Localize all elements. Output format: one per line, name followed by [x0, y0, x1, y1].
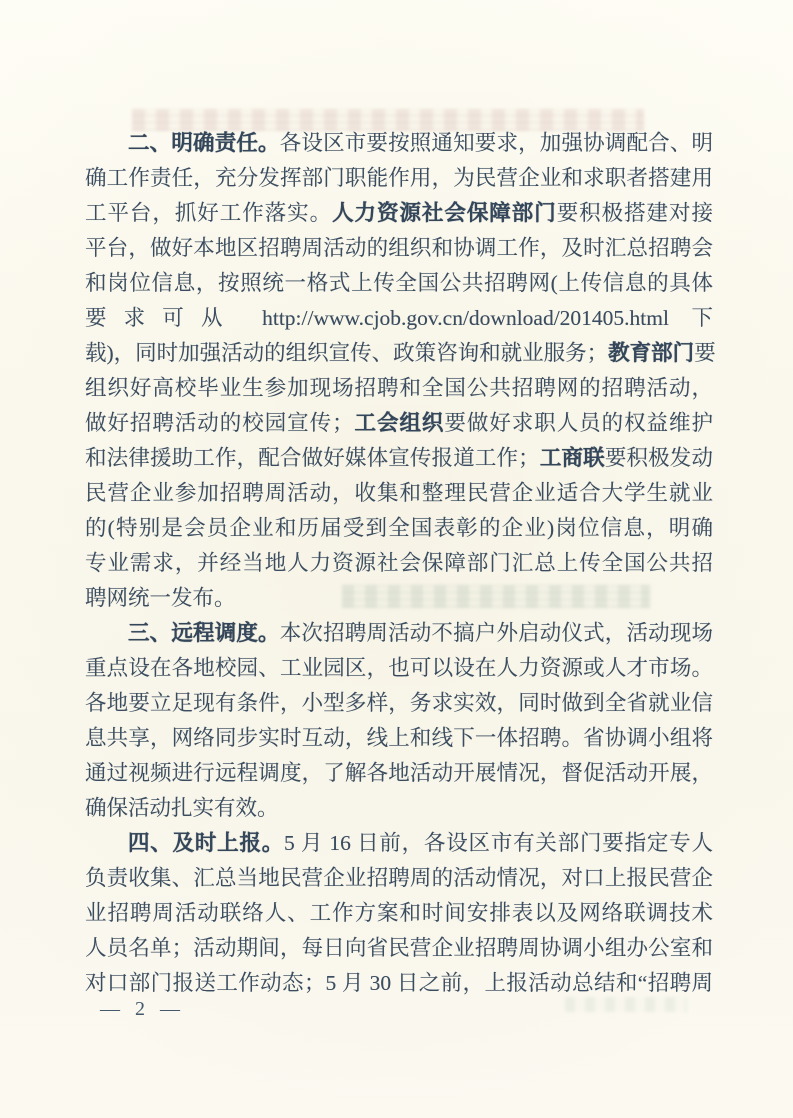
text-line: 人员名单；活动期间，每日向省民营企业招聘周协调小组办公室和: [85, 931, 713, 966]
text-run: 息共享，网络同步实时互动，线上和线下一体招聘。省协调小组将: [85, 726, 713, 750]
text-run: 通过视频进行远程调度，了解各地活动开展情况，督促活动开展，: [85, 761, 713, 785]
text-run: 和岗位信息，按照统一格式上传全国公共招聘网(上传信息的具体: [85, 271, 713, 295]
text-line: 工平台，抓好工作落实。人力资源社会保障部门要积极搭建对接: [85, 196, 713, 231]
text-line: 二、明确责任。各设区市要按照通知要求，加强协调配合、明: [85, 126, 713, 161]
text-line: 和法律援助工作，配合做好媒体宣传报道工作；工商联要积极发动: [85, 441, 713, 476]
bold-text-run: 三、远程调度。: [128, 621, 280, 645]
text-block: 二、明确责任。各设区市要按照通知要求，加强协调配合、明确工作责任，充分发挥部门职…: [85, 126, 713, 1001]
text-line: 专业需求，并经当地人力资源社会保障部门汇总上传全国公共招: [85, 546, 713, 581]
page-number: — 2 —: [100, 998, 185, 1021]
bold-text-run: 二、明确责任。: [128, 131, 280, 155]
text-run: 和法律援助工作，配合做好媒体宣传报道工作；: [85, 446, 540, 470]
scanned-document-page: 二、明确责任。各设区市要按照通知要求，加强协调配合、明确工作责任，充分发挥部门职…: [0, 0, 793, 1118]
text-run: 组织好高校毕业生参加现场招聘和全国公共招聘网的招聘活动，: [85, 376, 713, 400]
text-run: 各地要立足现有条件，小型多样，务求实效，同时做到全省就业信: [85, 691, 713, 715]
bold-text-run: 教育部门: [608, 341, 694, 365]
text-line: 业招聘周活动联络人、工作方案和时间安排表以及网络联调技术: [85, 896, 713, 931]
text-run: 要求可从 http://www.cjob.gov.cn/download/201…: [85, 306, 713, 330]
text-run: 要积极发动: [605, 446, 713, 470]
text-line: 重点设在各地校园、工业园区，也可以设在人力资源或人才市场。: [85, 651, 713, 686]
text-run: 各设区市要按照通知要求，加强协调配合、明: [280, 131, 713, 155]
text-run: 确工作责任，充分发挥部门职能作用，为民营企业和求职者搭建用: [85, 166, 713, 190]
text-run: 要: [694, 341, 716, 365]
text-run: 要积极搭建对接: [557, 201, 713, 225]
bold-text-run: 四、及时上报。: [128, 831, 284, 855]
text-line: 各地要立足现有条件，小型多样，务求实效，同时做到全省就业信: [85, 686, 713, 721]
text-line: 做好招聘活动的校园宣传；工会组织要做好求职人员的权益维护: [85, 406, 713, 441]
text-line: 三、远程调度。本次招聘周活动不搞户外启动仪式，活动现场: [85, 616, 713, 651]
text-line: 确工作责任，充分发挥部门职能作用，为民营企业和求职者搭建用: [85, 161, 713, 196]
text-line: 通过视频进行远程调度，了解各地活动开展情况，督促活动开展，: [85, 756, 713, 791]
text-run: 人员名单；活动期间，每日向省民营企业招聘周协调小组办公室和: [85, 936, 713, 960]
text-run: 要做好求职人员的权益维护: [444, 411, 713, 435]
text-line: 民营企业参加招聘周活动，收集和整理民营企业适合大学生就业: [85, 476, 713, 511]
text-line: 对口部门报送工作动态；5 月 30 日之前，上报活动总结和“招聘周: [85, 966, 713, 1001]
text-line: 要求可从 http://www.cjob.gov.cn/download/201…: [85, 301, 713, 336]
text-line: 和岗位信息，按照统一格式上传全国公共招聘网(上传信息的具体: [85, 266, 713, 301]
text-line: 确保活动扎实有效。: [85, 791, 713, 826]
bold-text-run: 人力资源社会保障部门: [332, 201, 557, 225]
text-run: 工平台，抓好工作落实。: [85, 201, 332, 225]
text-run: 对口部门报送工作动态；5 月 30 日之前，上报活动总结和“招聘周: [85, 971, 713, 995]
text-run: 做好招聘活动的校园宣传；: [85, 411, 354, 435]
text-line: 的(特别是会员企业和历届受到全国表彰的企业)岗位信息，明确: [85, 511, 713, 546]
text-run: 平台，做好本地区招聘周活动的组织和协调工作，及时汇总招聘会: [85, 236, 713, 260]
text-run: 负责收集、汇总当地民营企业招聘周的活动情况，对口上报民营企: [85, 866, 713, 890]
text-run: 业招聘周活动联络人、工作方案和时间安排表以及网络联调技术: [85, 901, 713, 925]
text-line: 息共享，网络同步实时互动，线上和线下一体招聘。省协调小组将: [85, 721, 713, 756]
text-line: 聘网统一发布。: [85, 581, 713, 616]
text-line: 四、及时上报。5 月 16 日前，各设区市有关部门要指定专人: [85, 826, 713, 861]
text-line: 负责收集、汇总当地民营企业招聘周的活动情况，对口上报民营企: [85, 861, 713, 896]
bold-text-run: 工会组织: [354, 411, 445, 435]
text-run: 确保活动扎实有效。: [85, 796, 279, 820]
text-line: 平台，做好本地区招聘周活动的组织和协调工作，及时汇总招聘会: [85, 231, 713, 266]
text-line: 组织好高校毕业生参加现场招聘和全国公共招聘网的招聘活动，: [85, 371, 713, 406]
text-run: 专业需求，并经当地人力资源社会保障部门汇总上传全国公共招: [85, 551, 713, 575]
text-run: 载)，同时加强活动的组织宣传、政策咨询和就业服务；: [85, 341, 608, 365]
text-run: 本次招聘周活动不搞户外启动仪式，活动现场: [280, 621, 713, 645]
text-run: 的(特别是会员企业和历届受到全国表彰的企业)岗位信息，明确: [85, 516, 713, 540]
bold-text-run: 工商联: [540, 446, 605, 470]
text-run: 5 月 16 日前，各设区市有关部门要指定专人: [284, 831, 713, 855]
text-run: 聘网统一发布。: [85, 586, 236, 610]
text-line: 载)，同时加强活动的组织宣传、政策咨询和就业服务；教育部门要: [85, 336, 713, 371]
text-run: 民营企业参加招聘周活动，收集和整理民营企业适合大学生就业: [85, 481, 713, 505]
text-run: 重点设在各地校园、工业园区，也可以设在人力资源或人才市场。: [85, 656, 713, 680]
